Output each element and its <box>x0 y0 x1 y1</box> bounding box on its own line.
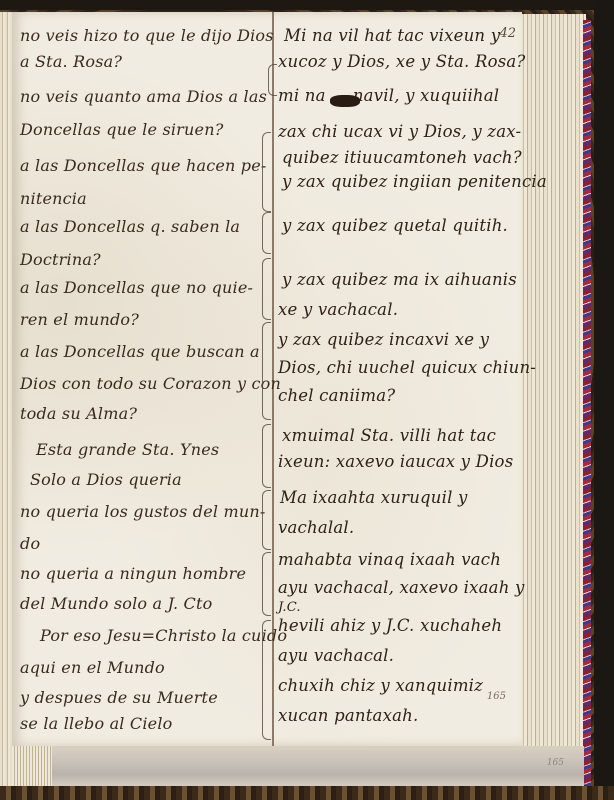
text-line: Esta grande Sta. Ynes <box>36 440 219 459</box>
manuscript-page: 42 165 no veis hizo to que le dijo Dios … <box>12 12 522 746</box>
bracket-mark <box>262 258 271 320</box>
text-line: toda su Alma? <box>20 404 137 423</box>
bracket-mark <box>262 132 271 212</box>
text-line: Dios, chi uuchel quicux chiun- <box>278 358 536 377</box>
bottom-page-edges <box>12 746 584 786</box>
text-line: Mi na vil hat tac vixeun y <box>284 26 500 45</box>
text-line: xe y vachacal. <box>278 300 398 319</box>
text-line: a las Doncellas que buscan a <box>20 342 260 361</box>
right-cover <box>594 0 614 800</box>
text-line: ayu vachacal, xaxevo ixaah y <box>278 578 525 597</box>
text-line: mahabta vinaq ixaah vach <box>278 550 501 569</box>
text-line: Doctrina? <box>20 250 101 269</box>
text-line: Por eso Jesu=Christo la cuido <box>40 626 287 645</box>
text-line: xmuimal Sta. villi hat tac <box>282 426 496 445</box>
bracket-mark <box>268 64 277 96</box>
left-page-stack <box>0 12 12 787</box>
text-line: nitencia <box>20 189 87 208</box>
text-line: a las Doncellas que hacen pe- <box>20 156 267 175</box>
text-line: chel caniima? <box>278 386 395 405</box>
text-line: hevili ahiz y J.C. xuchaheh <box>278 616 502 635</box>
bracket-mark <box>262 552 271 616</box>
bracket-mark <box>262 620 271 740</box>
bracket-mark <box>262 322 271 420</box>
folio-number-bottom: 165 <box>482 691 506 702</box>
text-line: no veis quanto ama Dios a las <box>20 87 267 106</box>
text-line: no veis hizo to que le dijo Dios <box>20 26 274 45</box>
top-cover-edge <box>0 0 614 10</box>
text-line: ayu vachacal. <box>278 646 394 665</box>
text-line: y despues de su Muerte <box>20 688 218 707</box>
ink-blot <box>330 95 360 107</box>
text-line: do <box>20 534 40 553</box>
text-line: no queria los gustos del mun- <box>20 502 266 521</box>
text-line: Ma ixaahta xuruquil y <box>280 488 468 507</box>
text-line: del Mundo solo a J. Cto <box>20 594 212 613</box>
marbled-page-edge <box>583 20 591 785</box>
text-line: y zax quibez incaxvi xe y <box>278 330 489 349</box>
text-line: J.C. <box>278 600 301 615</box>
text-line: ixeun: xaxevo iaucax y Dios <box>278 452 513 471</box>
text-line: mi na ... navil, y xuquiihal <box>278 86 499 105</box>
text-line: xucoz y Dios, xe y Sta. Rosa? <box>278 52 525 71</box>
text-line: y zax quibez quetal quitih. <box>282 216 508 235</box>
text-line: xucan pantaxah. <box>278 706 418 725</box>
text-line: y zax quibez ingiian penitencia <box>282 172 547 191</box>
text-line: ren el mundo? <box>20 310 139 329</box>
right-page-stack <box>520 14 586 784</box>
bracket-mark <box>262 490 271 550</box>
text-line: a las Doncellas que no quie- <box>20 278 253 297</box>
text-line: se la llebo al Cielo <box>20 714 173 733</box>
bracket-mark <box>262 212 271 254</box>
text-line: zax chi ucax vi y Dios, y zax- <box>278 122 521 141</box>
text-line: Doncellas que le siruen? <box>20 120 223 139</box>
text-line: Solo a Dios queria <box>30 470 182 489</box>
text-line: chuxih chiz y xanquimiz <box>278 676 483 695</box>
text-line: vachalal. <box>278 518 354 537</box>
bracket-mark <box>262 424 271 488</box>
text-line: a las Doncellas q. saben la <box>20 217 240 236</box>
text-line: aqui en el Mundo <box>20 658 165 677</box>
margin-number: 165 <box>540 758 564 768</box>
text-line: y zax quibez ma ix aihuanis <box>282 270 517 289</box>
text-line: Dios con todo su Corazon y con <box>20 374 281 393</box>
text-line: quibez itiuucamtoneh vach? <box>282 148 522 167</box>
text-line: no queria a ningun hombre <box>20 564 246 583</box>
text-line: a Sta. Rosa? <box>20 52 122 71</box>
bottom-cover-edge <box>0 786 614 800</box>
